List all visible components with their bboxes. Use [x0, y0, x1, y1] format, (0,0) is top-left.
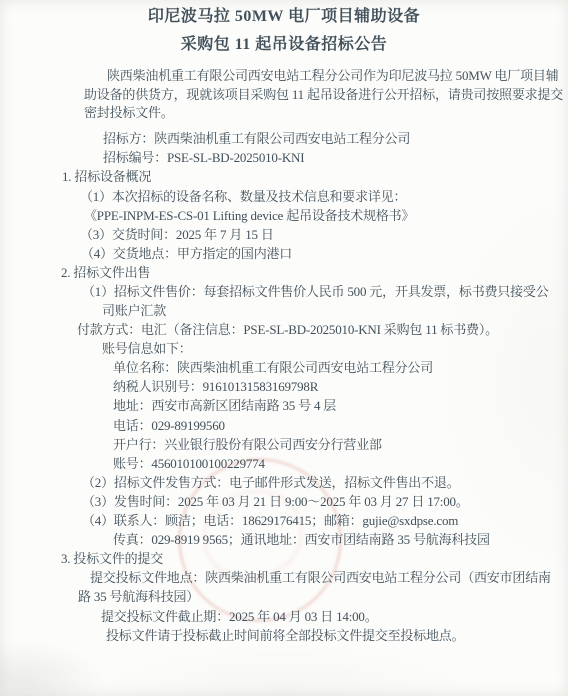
- title-line-2: 采购包 11 起吊设备招标公告: [0, 36, 568, 53]
- payment-method-line: 付款方式：电汇（备注信息：PSE-SL-BD-2025010-KNI 采购包 1…: [77, 321, 498, 338]
- submit-deadline-line: 提交投标文件截止期：2025 年 04 月 03 日 14:00。: [101, 608, 378, 625]
- intro-line-2: 助设备的供货方，现就该项目采购包 11 起吊设备进行公开招标，请贵司按照要求提交: [84, 86, 563, 103]
- item-2-2-line: （2）招标文件发售方式：电子邮件形式发送，招标文件售出不退。: [82, 474, 460, 491]
- item-2-1-line-1: （1）招标文件售价：每套招标文件售价人民币 500 元，开具发票，标书费只接受公: [82, 283, 549, 300]
- account-company-name: 单位名称：陕西柴油机重工有限公司西安电站工程分公司: [113, 359, 433, 376]
- tenderer-line: 招标方：陕西柴油机重工有限公司西安电站工程分公司: [103, 130, 410, 147]
- submit-note-line: 投标文件请于投标截止时间前将全部投标文件提交至投标地点。: [106, 627, 464, 644]
- account-number-line: 账号：456010100100229774: [113, 455, 265, 472]
- document-page: 印尼波马拉 50MW 电厂项目辅助设备 采购包 11 起吊设备招标公告 陕西柴油…: [0, 0, 568, 696]
- item-1-4-line: （4）交货地点：甲方指定的国内港口: [81, 245, 292, 262]
- account-info-label: 账号信息如下：: [102, 340, 192, 357]
- item-2-4-line-1: （4）联系人：顾洁；电话：18629176415；邮箱：gujie@sxdpse…: [82, 512, 458, 529]
- item-2-3-line: （3）发售时间：2025 年 03 月 21 日 9:00～2025 年 03 …: [82, 493, 469, 510]
- item-2-4-line-2: 传真：029-8919 9565；通讯地址：西安市团结南路 35 号航海科技园: [113, 531, 490, 548]
- item-1-1-line: （1）本次招标的设备名称、数量及技术信息和要求详见：: [80, 188, 406, 205]
- address-line: 地址：西安市高新区团结南路 35 号 4 层: [113, 397, 336, 414]
- intro-line-1: 陕西柴油机重工有限公司西安电站工程分公司作为印尼波马拉 50MW 电厂项目辅: [107, 67, 559, 84]
- spec-book-line: 《PPE-INPM-ES-CS-01 Lifting device 起吊设备技术…: [84, 207, 414, 224]
- tender-number-line: 招标编号：PSE-SL-BD-2025010-KNI: [103, 149, 304, 166]
- submit-location-line-2: 路 35 号航海科技园）: [78, 588, 199, 605]
- item-1-3-line: （3）交货时间：2025 年 7 月 15 日: [80, 226, 274, 243]
- title-line-1: 印尼波马拉 50MW 电厂项目辅助设备: [0, 8, 568, 25]
- section-3-heading: 3. 投标文件的提交: [61, 550, 163, 567]
- submit-location-line-1: 提交投标文件地点：陕西柴油机重工有限公司西安电站工程分公司（西安市团结南: [90, 569, 551, 586]
- section-1-heading: 1. 招标设备概况: [62, 168, 151, 185]
- item-2-1-line-2: 司账户汇款: [102, 302, 166, 319]
- phone-line: 电话：029-89199560: [113, 417, 225, 434]
- bank-line: 开户行：兴业银行股份有限公司西安分行营业部: [113, 436, 382, 453]
- section-2-heading: 2. 招标文件出售: [61, 264, 150, 281]
- taxpayer-id-line: 纳税人识别号：91610131583169798R: [113, 378, 318, 395]
- intro-line-3: 密封投标文件。: [84, 104, 174, 121]
